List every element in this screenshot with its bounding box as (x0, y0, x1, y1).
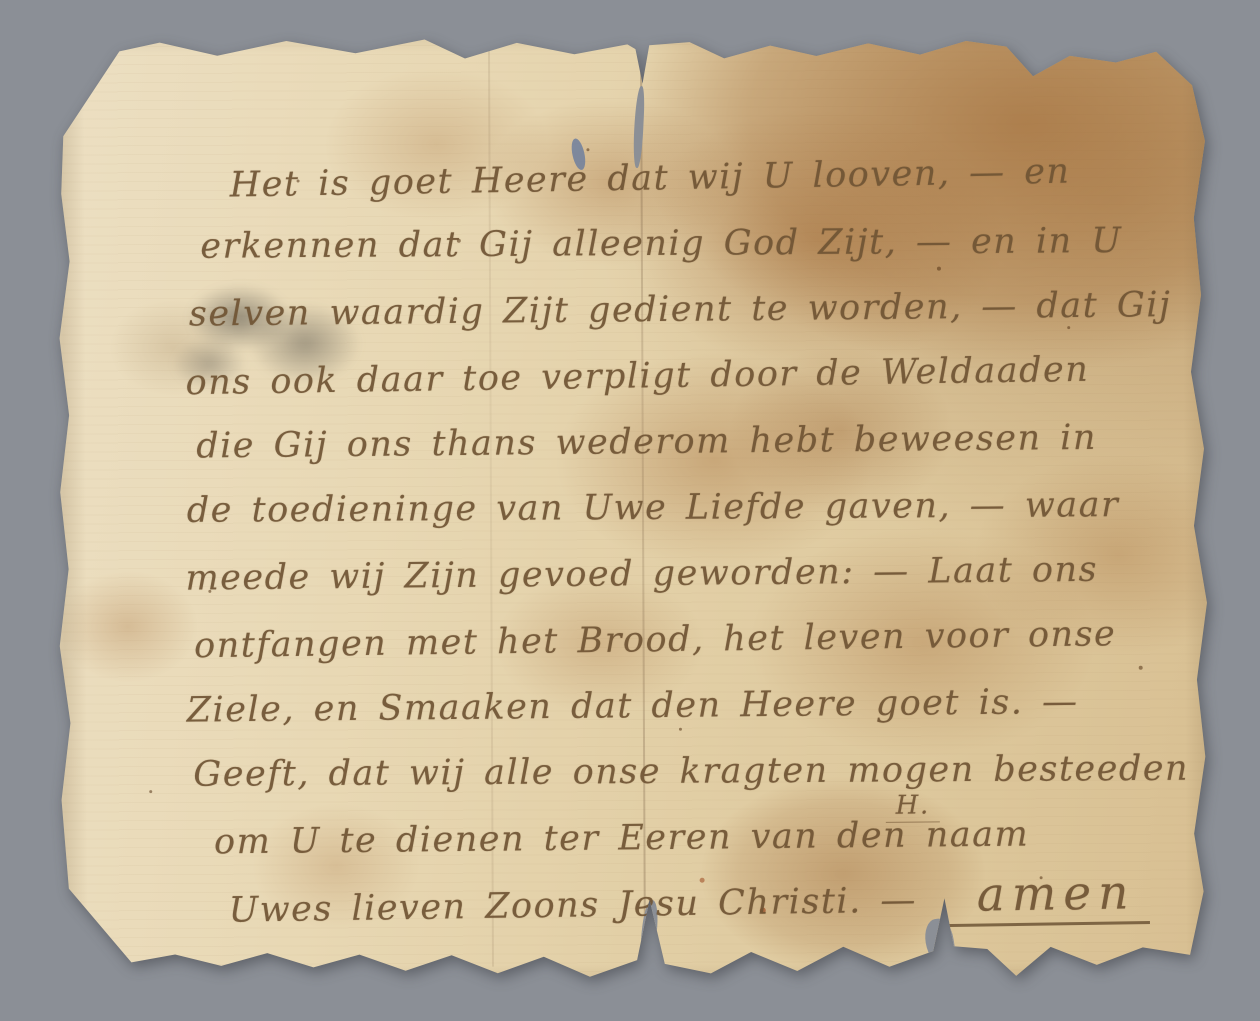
handwritten-line: ontfangen met het Brood, het leven voor … (194, 600, 1195, 679)
handwritten-closing-line: Uwes lieven Zoons Jesu Christi. —amen (228, 863, 1197, 943)
manuscript-paper: Het is goet Heere dat wij U looven, — en… (56, 25, 1212, 992)
handwritten-line: erkennen dat Gij alleenig God Zijt, — en… (200, 208, 1190, 280)
handwritten-text: Het is goet Heere dat wij U looven, — en… (179, 140, 1197, 942)
closing-text: Uwes lieven Zoons Jesu Christi. — (228, 881, 917, 931)
photo-of-manuscript: Het is goet Heere dat wij U looven, — en… (0, 0, 1260, 1021)
inserted-word-above-line: H. (886, 790, 940, 823)
amen-word: amen (942, 867, 1150, 927)
handwritten-line: die Gij ons thans wederom hebt beweesen … (196, 404, 1193, 480)
handwritten-line: ons ook daar toe verpligt door de Weldaa… (185, 335, 1192, 416)
handwritten-line: selven waardig Zijt gedient te worden, —… (189, 272, 1192, 348)
handwritten-line: Geeft, dat wij alle onse kragten mogen b… (193, 736, 1195, 808)
handwritten-line: de toedieninge van Uwe Liefde gaven, — w… (187, 472, 1193, 544)
handwritten-line: om U te dienen ter Eeren van den naam (214, 800, 1197, 875)
handwritten-line: Het is goet Heere dat wij U looven, — en (229, 137, 1190, 219)
handwritten-line: meede wij Zijn gevoed geworden: — Laat o… (185, 536, 1194, 612)
paper-shadow-wrap: Het is goet Heere dat wij U looven, — en… (0, 0, 1260, 1021)
paper-speck (149, 790, 152, 793)
handwritten-line: Ziele, en Smaaken dat den Heere goet is.… (186, 668, 1195, 744)
